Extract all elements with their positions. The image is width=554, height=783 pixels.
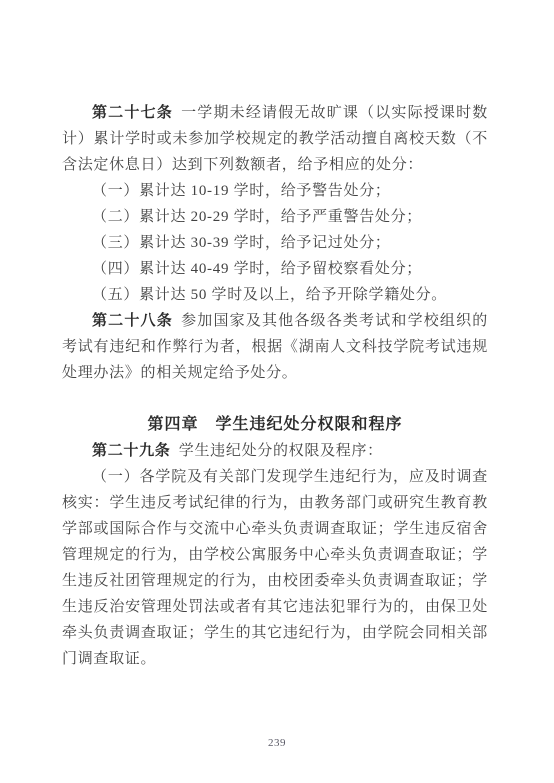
page-number: 239 — [0, 737, 554, 749]
article-27: 第二十七条一学期未经请假无故旷课（以实际授课时数计）累计学时或未参加学校规定的教… — [62, 100, 488, 178]
document-page: 第二十七条一学期未经请假无故旷课（以实际授课时数计）累计学时或未参加学校规定的教… — [0, 0, 554, 783]
article-27-clause-4: （四）累计达 40-49 学时，给予留校察看处分； — [62, 256, 488, 282]
document-body: 第二十七条一学期未经请假无故旷课（以实际授课时数计）累计学时或未参加学校规定的教… — [62, 100, 488, 672]
article-29-text: 学生违纪处分的权限及程序： — [179, 443, 383, 459]
article-27-clause-2: （二）累计达 20-29 学时，给予严重警告处分； — [62, 204, 488, 230]
article-29-clause-1: （一）各学院及有关部门发现学生违纪行为，应及时调查核实：学生违反考试纪律的行为，… — [62, 464, 488, 672]
chapter-heading: 第四章 学生违纪处分权限和程序 — [62, 412, 488, 438]
article-28-number: 第二十八条 — [92, 312, 173, 329]
article-27-number: 第二十七条 — [92, 104, 173, 121]
article-27-clause-1: （一）累计达 10-19 学时，给予警告处分； — [62, 178, 488, 204]
article-29-number: 第二十九条 — [92, 442, 171, 459]
article-27-clause-3: （三）累计达 30-39 学时，给予记过处分； — [62, 230, 488, 256]
article-28: 第二十八条参加国家及其他各级各类考试和学校组织的考试有违纪和作弊行为者，根据《湖… — [62, 308, 488, 386]
article-29: 第二十九条学生违纪处分的权限及程序： — [62, 438, 488, 464]
article-27-clause-5: （五）累计达 50 学时及以上，给予开除学籍处分。 — [62, 282, 488, 308]
